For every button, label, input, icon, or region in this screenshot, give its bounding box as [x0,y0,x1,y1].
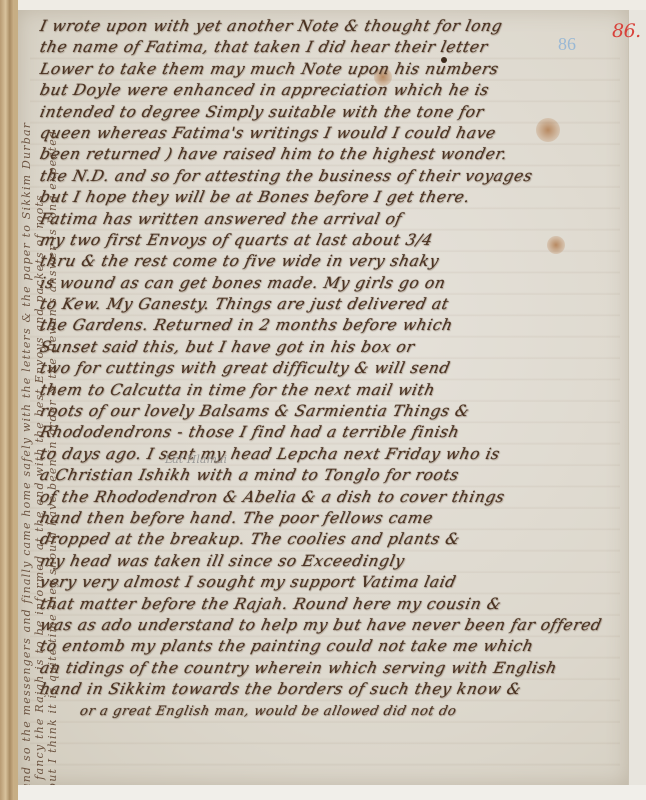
text-line: Rhododendrons - those I find had a terri… [38,422,623,443]
text-line: that matter before the Rajah. Round here… [38,594,623,615]
text-line: the name of Fatima, that taken I did hea… [38,37,623,58]
text-line: them to Calcutta in time for the next ma… [38,380,623,401]
text-line: hand in Sikkim towards the borders of su… [38,679,623,700]
text-line: is wound as can get bones made. My girls… [38,273,623,294]
text-line: a Christian Ishikh with a mind to Tonglo… [38,465,623,486]
binding-frame-left [0,0,14,800]
text-line: my two first Envoys of quarts at last ab… [38,230,623,251]
scan-bottom-margin [18,785,646,800]
text-line: or a great English man, would be allowed… [38,701,623,722]
text-line: thru & the rest come to five wide in ver… [38,251,623,272]
cross-writing-line: and so the messengers and finally came h… [20,30,33,790]
margin-cross-writing: and so the messengers and finally came h… [20,30,59,790]
text-line: was as ado understand to help my but hav… [38,615,623,636]
text-line: to days ago. I sent my head Lepcha next … [38,444,623,465]
text-line: Fatima has written answered the arrival … [38,209,623,230]
text-line: hand then before hand. The poor fellows … [38,508,623,529]
text-line: an tidings of the country wherein which … [38,658,623,679]
text-line: I wrote upon with yet another Note & tho… [38,16,623,37]
pencil-annotation: Lat Hlamai [165,453,227,466]
text-line: the Gardens. Returned in 2 months before… [38,315,623,336]
text-line: intended to degree Simply suitable with … [38,102,623,123]
text-line: been returned ) have raised him to the h… [38,144,623,165]
text-line: Sunset said this, but I have got in his … [38,337,623,358]
letter-body: I wrote upon with yet another Note & tho… [40,16,620,722]
text-line: but I hope they will be at Bones before … [38,187,623,208]
text-line: but Doyle were enhanced in appreciation … [38,80,623,101]
text-line: to entomb my plants the painting could n… [38,636,623,657]
text-line: my head was taken ill since so Exceeding… [38,551,623,572]
text-line: of the Rhododendron & Abelia & a dish to… [38,487,623,508]
scan-right-margin [628,10,646,785]
text-line: roots of our lovely Balsams & Sarmientia… [38,401,623,422]
cross-writing-line: I fancy the Rajah is to be informed at t… [33,30,46,790]
text-line: to Kew. My Ganesty. Things are just deli… [38,294,623,315]
scan-top-margin [18,0,646,10]
text-line: queen whereas Fatima's writings I would … [38,123,623,144]
text-line: Lower to take them may much Note upon hi… [38,59,623,80]
text-line: dropped at the breakup. The coolies and … [38,529,623,550]
text-line: two for cuttings with great difficulty &… [38,358,623,379]
text-line: very very almost I sought my support Vat… [38,572,623,593]
cross-writing-line: but I think it is quite time they should… [46,30,59,790]
text-line: the N.D. and so for attesting the busine… [38,166,623,187]
